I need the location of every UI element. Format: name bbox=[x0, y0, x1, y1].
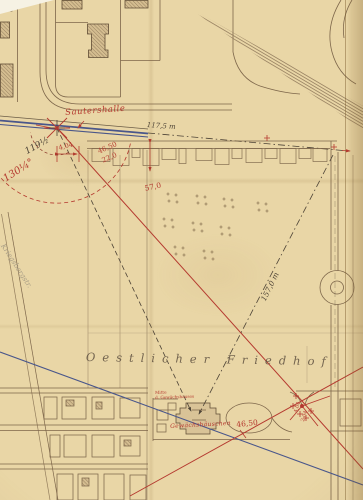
map-sheet: Sautershalle 117,5 m 119½ 130¼° 4,04 46,… bbox=[0, 0, 363, 500]
church-building bbox=[88, 24, 109, 58]
railway-embankment-hatch bbox=[190, 8, 363, 130]
track-band bbox=[0, 116, 148, 137]
cemetery-paths bbox=[88, 150, 363, 500]
survey-vertex-star bbox=[44, 118, 70, 138]
dimension-4650-bottom-label: 46,50 bbox=[236, 419, 258, 429]
red-survey-line-b bbox=[130, 367, 363, 496]
tree-symbols bbox=[162, 192, 268, 260]
city-blocks-topleft bbox=[1, 0, 357, 110]
street-plots bbox=[92, 149, 327, 166]
main-street bbox=[87, 141, 337, 166]
roundabout bbox=[320, 271, 354, 305]
bottom-left-grid bbox=[0, 388, 148, 500]
right-street bbox=[320, 141, 354, 500]
blue-survey-line bbox=[0, 352, 363, 485]
dashed-axis-line bbox=[57, 128, 191, 411]
